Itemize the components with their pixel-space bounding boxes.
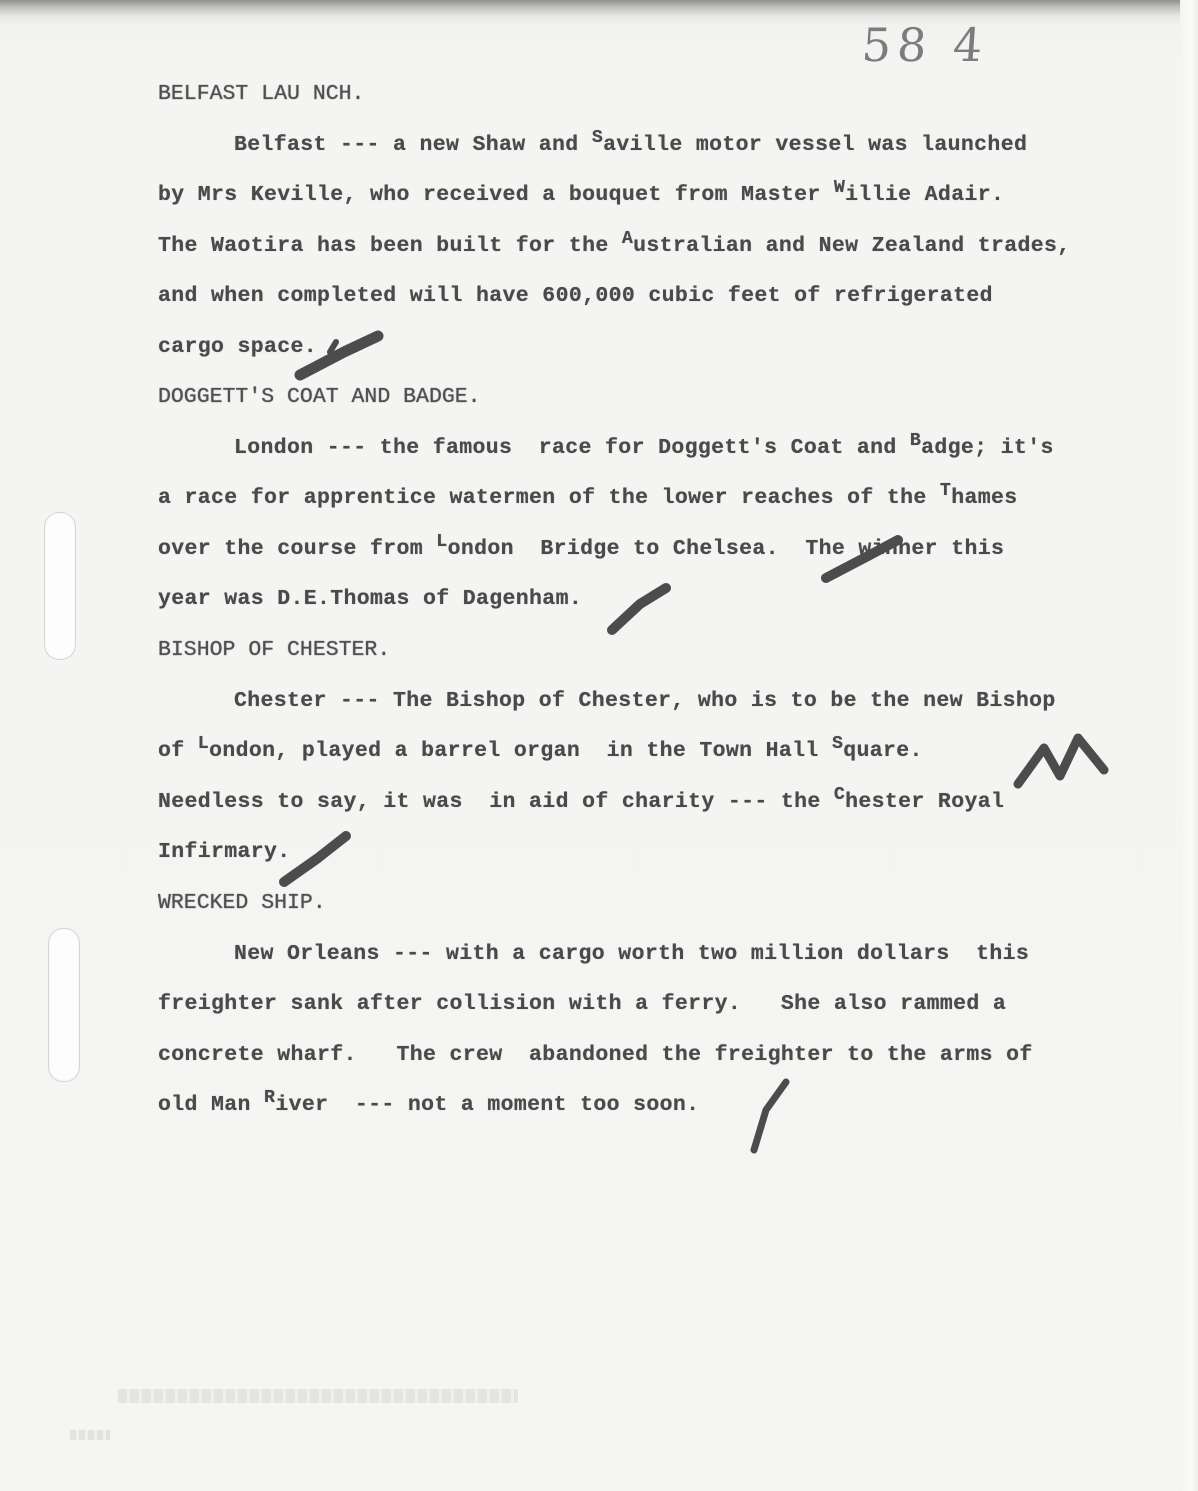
paragraph-line: year was D.E.Thomas of Dagenham. bbox=[158, 589, 582, 611]
paragraph-line: a race for apprentice watermen of the lo… bbox=[158, 488, 1017, 510]
paragraph-line: over the course from London Bridge to Ch… bbox=[158, 539, 1004, 561]
raised-capital: R bbox=[264, 1088, 275, 1108]
punch-hole-lower bbox=[48, 928, 80, 1082]
check-mark-icon bbox=[612, 588, 666, 630]
paragraph-line: freighter sank after collision with a fe… bbox=[158, 994, 1006, 1016]
raised-capital: S bbox=[592, 127, 603, 147]
paragraph-line: The Waotira has been built for the Austr… bbox=[158, 236, 1070, 258]
raised-capital: L bbox=[198, 734, 209, 754]
paragraph-first-line: Belfast --- a new Shaw and Saville motor… bbox=[234, 135, 1027, 157]
raised-capital: L bbox=[436, 531, 447, 551]
scanned-document-page: 58 4 BELFAST LAU NCH.Belfast --- a new S… bbox=[0, 0, 1198, 1491]
paragraph-line: old Man River --- not a moment too soon. bbox=[158, 1095, 699, 1117]
raised-capital: A bbox=[622, 228, 633, 248]
raised-capital: T bbox=[940, 481, 951, 501]
raised-capital: W bbox=[834, 178, 845, 198]
check-mark-icon bbox=[284, 836, 346, 882]
section-heading: BELFAST LAU NCH. bbox=[158, 84, 364, 106]
section-heading: DOGGETT'S COAT AND BADGE. bbox=[158, 387, 481, 409]
m-mark-icon bbox=[1018, 738, 1104, 784]
raised-capital: B bbox=[910, 430, 921, 450]
paragraph-first-line: Chester --- The Bishop of Chester, who i… bbox=[234, 691, 1056, 713]
paragraph-line: of London, played a barrel organ in the … bbox=[158, 741, 923, 763]
punch-hole-upper bbox=[44, 512, 76, 660]
paragraph-line: cargo space. bbox=[158, 337, 317, 359]
paragraph-first-line: New Orleans --- with a cargo worth two m… bbox=[234, 944, 1029, 966]
handwritten-page-number: 58 4 bbox=[860, 18, 990, 72]
bleed-through-text bbox=[118, 1389, 518, 1403]
paragraph-line: concrete wharf. The crew abandoned the f… bbox=[158, 1045, 1033, 1067]
section-heading: WRECKED SHIP. bbox=[158, 893, 326, 915]
slash-mark-icon bbox=[754, 1082, 786, 1150]
raised-capital: C bbox=[834, 784, 845, 804]
section-heading: BISHOP OF CHESTER. bbox=[158, 640, 390, 662]
bleed-through-mark bbox=[70, 1430, 110, 1440]
paragraph-line: Needless to say, it was in aid of charit… bbox=[158, 792, 1004, 814]
paragraph-line: and when completed will have 600,000 cub… bbox=[158, 286, 993, 308]
raised-capital: S bbox=[832, 734, 843, 754]
paragraph-line: Infirmary. bbox=[158, 842, 291, 864]
paragraph-first-line: London --- the famous race for Doggett's… bbox=[234, 438, 1054, 460]
paragraph-line: by Mrs Keville, who received a bouquet f… bbox=[158, 185, 1004, 207]
page-edge bbox=[1180, 0, 1198, 1491]
